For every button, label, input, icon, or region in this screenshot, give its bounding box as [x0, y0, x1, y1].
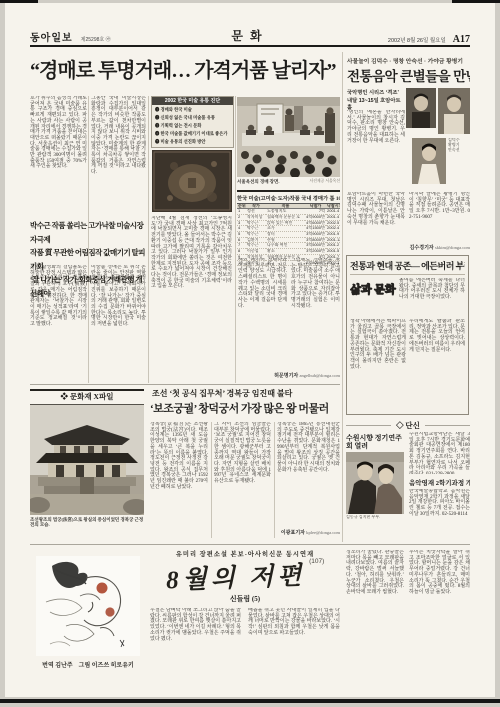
- table-cell: 2002.1: [326, 260, 340, 266]
- portrait-caption: 안숙선: [448, 148, 470, 153]
- date-text: 2002년 8월 26일 월요일: [388, 38, 446, 44]
- heritage-column: 그 사이 조선의 임금들은 대부분 창덕궁에 머물렀다. ‘보조 궁궐’로 지어…: [214, 422, 271, 538]
- novel-episode-number: (107): [309, 558, 324, 565]
- byline-email: angelhuh@donga.com: [299, 373, 340, 378]
- life-culture-paragraph: 우리에게도 탈춤과 판소리, 정악과 산조가 있다. 문제는 전통을 오늘의 언…: [409, 319, 465, 411]
- novel-banner: 유미리 장편소설 본보-아사히신문 동시연재: [150, 549, 340, 557]
- life-culture-logo: 삶과 문화: [350, 278, 396, 297]
- palace-photo: [30, 405, 144, 515]
- gyeongbokgung-photo-image: [30, 405, 144, 515]
- novel-credit: 번역 김난주 그림 이즈쓰 히로유키: [36, 660, 140, 669]
- table-cell: 2001.2: [326, 243, 340, 249]
- heritage-column: 경복궁(景福宮)은 조선왕조의 법궁(法宮)이다. 태조 이성계는 1395년 …: [150, 422, 208, 538]
- table-cell: 4억6000만: [305, 220, 326, 226]
- series-item: ❷ 신뢰성 잃은 국내 미술품 유통: [155, 114, 230, 122]
- auction-table: 순위 작가 작품 낙찰가 낙찰시기 1정선노송영지도7억2001.42작자미상철…: [237, 203, 340, 267]
- edition-number: 제25298호 ㉮: [81, 37, 111, 43]
- column-divider: [274, 422, 275, 538]
- table-row: 10장욱진집2억8000만2002.1: [237, 260, 340, 266]
- table-title: 한국 미술(고미술·도자)작품 국내 경매가 톱 10: [237, 190, 340, 203]
- briefs-header: ◇ 단신: [391, 420, 425, 431]
- artwork-image: [152, 150, 232, 212]
- column-divider: [211, 422, 212, 538]
- novel-title-block: 8월의 저편 (107): [150, 558, 340, 592]
- column-divider: [148, 96, 149, 383]
- article-column: 그동안 국내 미술시장은 화랑과 수집가의 일대일 흥정이 대부분이어서 같은 …: [91, 96, 146, 214]
- table-cell: 청화백자 운룡문 호: [266, 254, 305, 260]
- header-rule: [30, 45, 470, 47]
- heritage-kicker: 조선 ‘첫 공식 집무처’ 경복궁 임진때 불타: [152, 388, 340, 398]
- byline-name: 허문명기자: [274, 374, 298, 379]
- portrait-photo-2: [438, 88, 470, 134]
- brief-item-text: 수원시립교향악단은 새달 3일 오후 7시반 경기도문화예술회관 대공연장에서 …: [409, 432, 470, 474]
- article-column: 호가 위주의 음성적 거래로 굳어져 온 국내 미술품 유통 구조가 경매 중심…: [30, 96, 87, 214]
- music-info-line: 국악명인 시리즈 ‘격조’: [347, 90, 405, 98]
- sub-headline-line: 박수근 작품 쏠리는 고가낙찰 미술시장 자극제: [30, 219, 148, 246]
- auction-scene-image: [237, 97, 340, 177]
- life-culture-headline: 전통과 현대 공존— 에든버러 부러워: [350, 259, 465, 275]
- table-cell: 2001.7: [326, 254, 340, 260]
- novel-column: 우철은 담벼락 아래 쪼그리고 앉아 숨을 골랐다. 씨름판의 함성이 강 건너…: [150, 608, 241, 690]
- masthead-title: 동아일보: [30, 33, 73, 44]
- byline-email: kplee@donga.com: [306, 530, 340, 535]
- kimduksoo-portrait-image: [406, 88, 436, 128]
- heritage-column: 경복궁은 1865년 흥선대원군의 주도로 중건됐으나 일제강점기에 전각 대부…: [277, 422, 340, 526]
- newspaper-page: 동아일보 제25298호 ㉮ 문화 2002년 8월 26일 월요일 A17 “…: [0, 0, 500, 707]
- article-column: 지난해 4월 겸재 정선의 ‘노송영지도’가 국내 경매 사상 최고가인 7억원…: [151, 216, 232, 382]
- article-column: 그럼에도 경매장을 찾는 발길은 꾸준히 늘고 있다. 미술품이 소수 애호가의…: [291, 258, 340, 363]
- divider: [346, 425, 391, 426]
- table-header: 낙찰시기: [326, 203, 340, 209]
- divider: [30, 544, 470, 545]
- sub-headline-block: 박수근 작품 쏠리는 고가낙찰 미술시장 자극제 작품 質 무관한 어림짐작 값…: [30, 219, 148, 261]
- table-cell: 4억9000만: [305, 214, 326, 220]
- novel-column: 배꼽을 쥐고 웃던 사내들이 일제히 입을 다물었다. 샅바를 고쳐 잡은 우철…: [248, 608, 340, 690]
- table-cell: 4억1500만: [305, 226, 326, 232]
- table-cell: 철화백자 운룡문 호: [266, 214, 305, 220]
- heritage-badge: ❖ 문화재 X파일: [30, 389, 144, 405]
- music-info: 국악명인 시리즈 ‘격조’ 내달 13~15일 호암아트홀: [347, 90, 405, 106]
- briefs-header-row: ◇ 단신: [346, 420, 470, 430]
- couple-photo: [346, 452, 404, 514]
- dateline: 2002년 8월 26일 월요일 A17: [330, 29, 470, 42]
- novel-column: 징소리가 울렸다. 관중들은 저마다 목을 빼고 모래판을 내려다보았다. 여름…: [346, 550, 404, 662]
- music-headline: 전통음악 큰별들을 만난다: [347, 65, 470, 85]
- music-byline: 김수경기자 skkim@donga.com: [347, 244, 470, 251]
- novel-illustration: [36, 556, 140, 656]
- page-number: A17: [453, 34, 470, 45]
- main-article-byline: 허문명기자 angelhuh@donga.com: [238, 372, 340, 379]
- music-text-column: 호암아트홀이 마련한 국악명인 시리즈 무대. 첫날은 김덕수패 사물놀이의 신…: [347, 192, 405, 242]
- life-culture-paragraph: 올여름 에든버러 축제를 다녀왔다. 중세의 골목과 첨단의 무대가 어우러진 …: [399, 278, 465, 316]
- brief-item-text: 한국예술종합학교 음악원은 음악영재 2학기 과정을 새달 2일 개강한다. 피…: [409, 489, 470, 537]
- byline-name: 김수경기자: [410, 246, 434, 251]
- ink-drawing-image: [36, 556, 140, 656]
- column-divider: [342, 52, 343, 542]
- portrait-photo-3: [412, 138, 446, 184]
- section-title: 문화: [210, 27, 290, 42]
- heritage-byline: 이광표기자 kplee@donga.com: [277, 529, 340, 536]
- flower-icon: ❖ 문화재 X파일: [61, 392, 114, 401]
- auction-photo-captions: 서울옥션의 경매 장면. 사진제공 서울옥션: [237, 179, 340, 187]
- auction-photo: [237, 97, 340, 177]
- palace-photo-caption: 조선왕조의 법궁(法宮)으로 왕실의 중심이었던 경복궁 근정전의 모습.: [30, 517, 144, 537]
- series-item: ❸ 기획력 없는 전시 문화: [155, 122, 230, 130]
- series-info-box: 2002 한국 미술 유통 진단 ❶ 경매와 한국 미술 ❷ 신뢰성 잃은 국내…: [151, 96, 234, 148]
- series-box-title: 2002 한국 미술 유통 진단: [152, 97, 233, 105]
- artwork-painting-image: [152, 150, 232, 212]
- series-item: ❹ 한국 미술품 값매기기 이대로 좋은가: [155, 130, 230, 138]
- sub-headline-line: ‘잘 나가는’ 작가·회화중심 거래관행 개선해야: [30, 273, 148, 300]
- heritage-headline: ‘보조궁궐’ 창덕궁서 가장 많은 왕 머물러: [150, 400, 340, 416]
- scan-mark-top-right: [452, 0, 500, 3]
- table-cell: 10: [237, 260, 246, 266]
- table-cell: 3억9000만: [305, 232, 326, 238]
- masthead: 동아일보 제25298호 ㉮: [30, 28, 180, 42]
- table-cell: 2002.4: [326, 226, 340, 232]
- portrait-photo-1: [406, 88, 436, 128]
- brief-item-title: 음악영재 2학기과정 개강: [409, 478, 470, 486]
- music-kicker: 사물놀이 김덕수 · 명창 안숙선 · 가야금 황병기: [347, 56, 470, 64]
- sub-headline-line: 작품 質 무관한 어림짐작 값매기기 탈피 기회: [30, 246, 148, 273]
- auction-table-block: 한국 미술(고미술·도자)작품 국내 경매가 톱 10 순위 작가 작품 낙찰가…: [237, 190, 340, 256]
- brief-item-title: 수원시향 정기연주회 열려: [346, 434, 404, 450]
- hwangbyungki-portrait-image: [438, 88, 470, 134]
- scan-mark-top-left: [0, 0, 38, 3]
- scan-mark-bottom: [0, 699, 500, 703]
- novel-title: 8월의 저편: [165, 556, 306, 597]
- table-header: 순위: [237, 203, 246, 209]
- article-column: 해외 메이저 경매사와 어깨를 겨루려면 전문 인력 양성도 시급하다. 스페셜…: [238, 258, 287, 371]
- photo-caption: 서울옥션의 경매 장면.: [237, 179, 280, 184]
- table-cell: 2001.4: [326, 209, 340, 215]
- byline-name: 이광표기자: [281, 531, 305, 536]
- couple-photo-image: [346, 452, 404, 514]
- series-item: ❺ 미술 유통의 선진화 방안: [155, 138, 230, 146]
- photo-credit: 사진제공 서울옥션: [310, 179, 340, 184]
- byline-email: skkim@donga.com: [435, 245, 470, 250]
- table-cell: 집: [266, 260, 305, 266]
- ahnsooksun-portrait-image: [412, 138, 446, 184]
- table-cell: 장욱진: [246, 260, 266, 266]
- music-text-column: 마지막 날에는 황병기 명인이 ‘침향무’ ‘미궁’ 등 대표작을 직접 들려준…: [409, 192, 470, 242]
- table-row: 2작자미상철화백자 운룡문 호4억9000만2001.4: [237, 214, 340, 220]
- novel-chapter: 신들림 (5): [150, 594, 340, 603]
- table-cell: 3억8000만: [305, 237, 326, 243]
- portrait-captions: 김덕수 황병기 안숙선: [448, 138, 470, 168]
- table-row: 3박수근앉아 있는 여인4억6000만2002.5: [237, 220, 340, 226]
- table-cell: 3억5000만: [305, 243, 326, 249]
- main-headline: “경매로 투명거래… 가격거품 날리자”: [30, 54, 342, 90]
- life-culture-box: 전통과 현대 공존— 에든버러 부러워 삶과 문화 올여름 에든버러 축제를 다…: [346, 255, 469, 415]
- music-text-column: ‘명인의 예혼을 한자리에서.’ 사물놀이의 창시자 김덕수, 판소리 명창 안…: [347, 110, 405, 188]
- table-row: 9작자미상청화백자 운룡문 호3억2001.7: [237, 254, 340, 260]
- table-cell: 2001.12: [326, 237, 340, 243]
- table-cell: 2001.5: [326, 249, 340, 255]
- column-divider: [235, 96, 236, 383]
- table-cell: 2002.5: [326, 220, 340, 226]
- table-cell: 2억8000만: [305, 260, 326, 266]
- table-cell: 3억2000만: [305, 249, 326, 255]
- series-item: ❶ 경매와 한국 미술: [155, 106, 230, 114]
- table-cell: 2001.9: [326, 232, 340, 238]
- life-culture-paragraph: 성곽 아래에서는 백파이프가 울리고 골목 극장에서는 실험극이 쏟아졌다. 전…: [350, 319, 406, 411]
- divider: [425, 425, 470, 426]
- table-cell: 2001.4: [326, 214, 340, 220]
- novel-column: 누이는 치맛자락을 말아 쥐고 조마조마한 얼굴로 서 있었다. 할머니는 눈을…: [409, 550, 470, 662]
- couple-photo-caption: 김동규 김지현 부부.: [346, 515, 404, 525]
- divider: [30, 384, 340, 385]
